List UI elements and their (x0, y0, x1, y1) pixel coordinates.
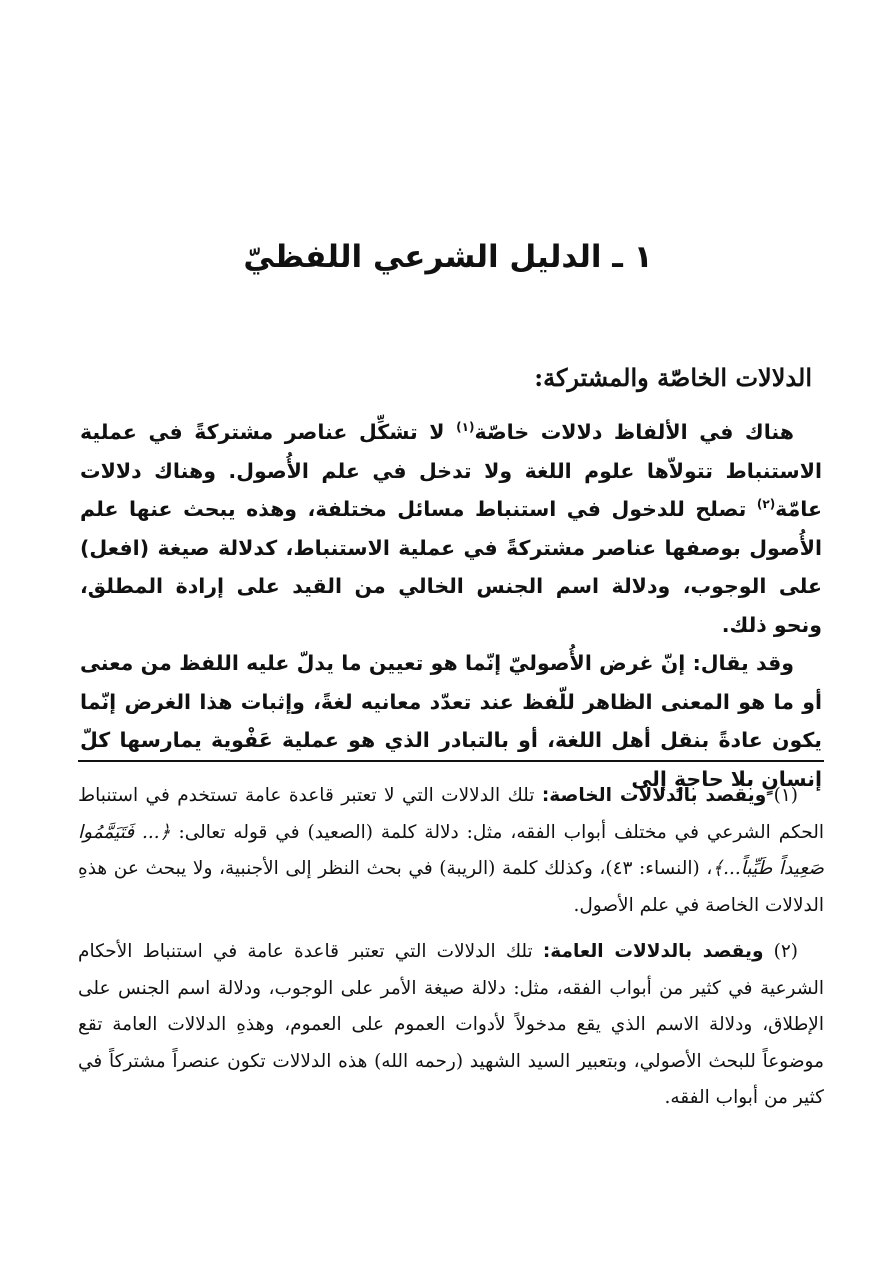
footnotes-section: (١) ويقصد بالدلالات الخاصة: تلك الدلالات… (78, 778, 824, 1127)
paragraph-text: هناك في الألفاظ دلالات خاصّة (474, 420, 794, 444)
footnote-number: (٢) (774, 941, 798, 962)
paragraph-text: وقد يقال: إنّ غرض الأُصوليّ إنّما هو تعي… (80, 651, 822, 791)
footnote-1: (١) ويقصد بالدلالات الخاصة: تلك الدلالات… (78, 778, 824, 924)
footnote-2: (٢) ويقصد بالدلالات العامة: تلك الدلالات… (78, 934, 824, 1117)
body-paragraph-1: هناك في الألفاظ دلالات خاصّة(١) لا تشكِّ… (80, 413, 822, 644)
paragraph-text: تصلح للدخول في استنباط مسائل مختلفة، وهذ… (80, 497, 822, 637)
section-heading: الدلالات الخاصّة والمشتركة: (534, 356, 812, 400)
footnote-reference-1: (١) (456, 420, 474, 434)
footnote-text: تلك الدلالات التي تعتبر قاعدة عامة في اس… (78, 941, 824, 1108)
book-page: ١ ـ الدليل الشرعي اللفظيّ الدلالات الخاص… (0, 0, 896, 1284)
footnote-lead: ويقصد بالدلالات العامة: (543, 941, 764, 962)
footnote-reference-2: (٢) (757, 497, 775, 511)
footnote-lead: ويقصد بالدلالات الخاصة: (542, 785, 766, 806)
footnote-number: (١) (774, 785, 798, 806)
main-body: هناك في الألفاظ دلالات خاصّة(١) لا تشكِّ… (80, 413, 822, 798)
body-paragraph-2: وقد يقال: إنّ غرض الأُصوليّ إنّما هو تعي… (80, 644, 822, 798)
footnote-divider (78, 760, 824, 762)
chapter-title: ١ ـ الدليل الشرعي اللفظيّ (0, 232, 896, 282)
